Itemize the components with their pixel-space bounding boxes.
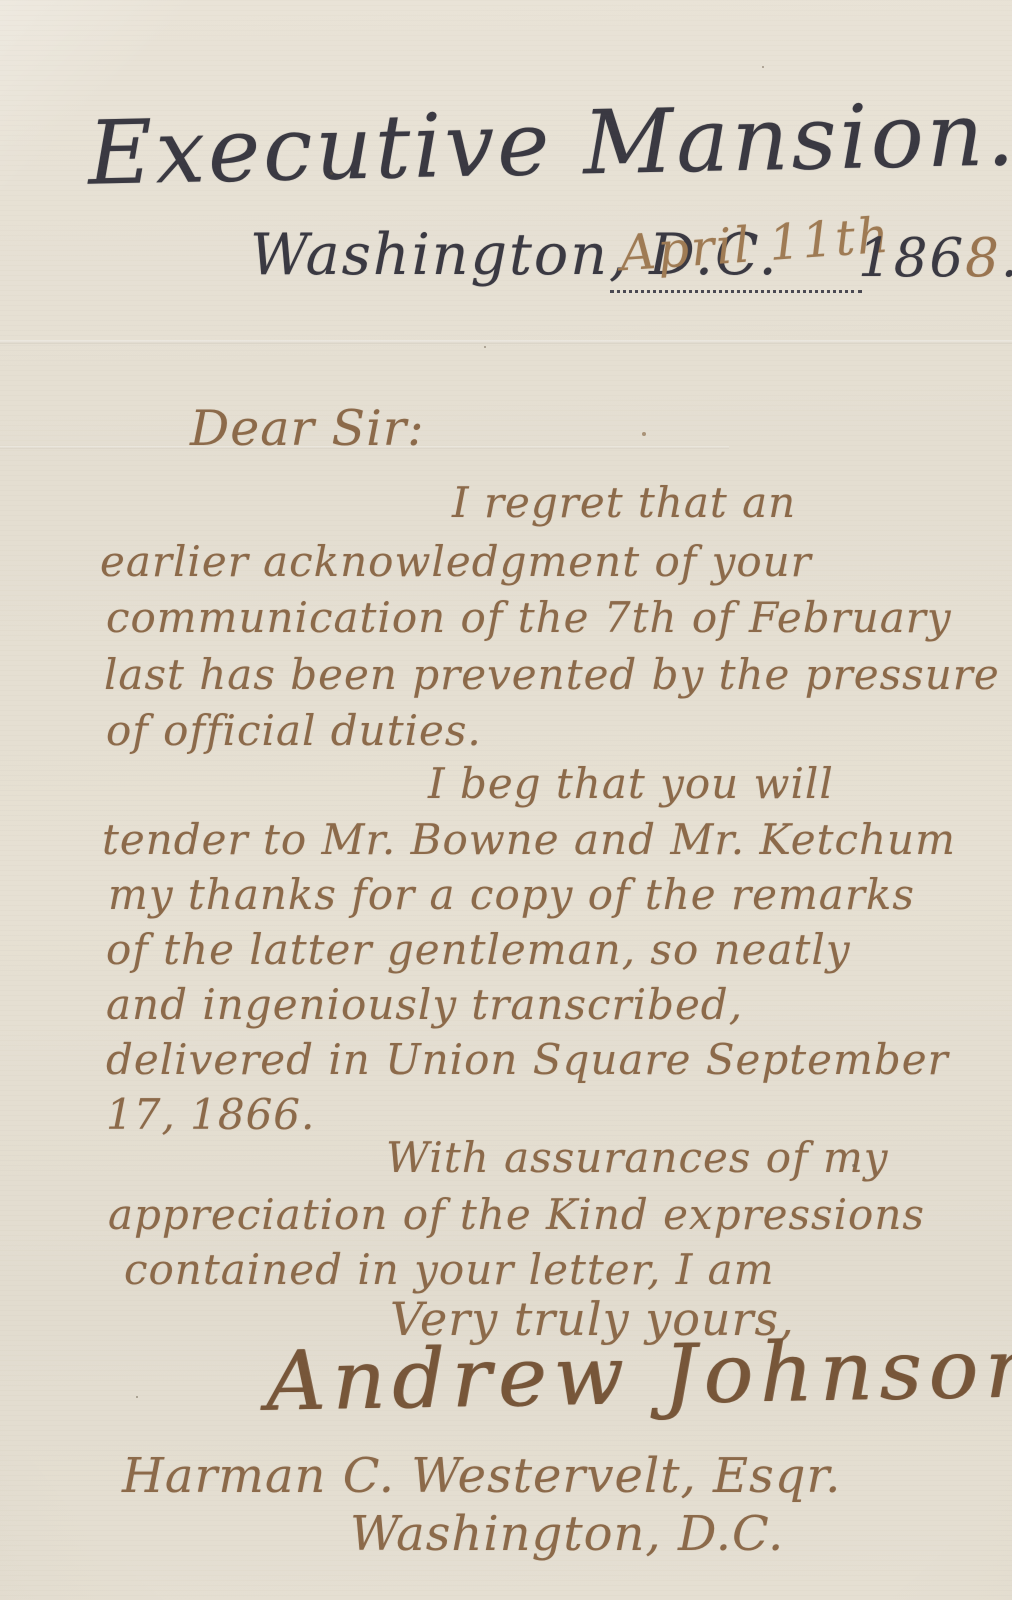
body-line: contained in your letter, I am [124, 1245, 775, 1294]
body-line: communication of the 7th of February [106, 593, 952, 642]
body-line: my thanks for a copy of the remarks [108, 870, 915, 919]
body-line: of the latter gentleman, so neatly [106, 925, 851, 974]
handwritten-year-digit: 8 [965, 228, 1001, 289]
letterhead-year: 1868. [858, 228, 1012, 289]
body-line: earlier acknowledgment of your [100, 537, 812, 586]
letterhead-year-period: . [1001, 228, 1012, 289]
body-line: of official duties. [106, 706, 482, 755]
recipient-city: Washington, D.C. [350, 1506, 784, 1562]
letter-page: Executive Mansion. Washington, D.C. Apri… [0, 0, 1012, 1600]
body-line: I regret that an [452, 478, 796, 527]
paper-speck [762, 66, 764, 68]
body-line: 17, 1866. [106, 1090, 315, 1139]
body-line: I beg that you will [428, 759, 834, 808]
body-line: and ingeniously transcribed, [106, 980, 743, 1029]
body-line: appreciation of the Kind expressions [108, 1190, 925, 1239]
paper-speck [484, 346, 486, 348]
paper-speck [136, 1396, 138, 1398]
body-line: With assurances of my [386, 1133, 889, 1182]
letterhead-year-printed: 186 [858, 228, 965, 289]
body-line: tender to Mr. Bowne and Mr. Ketchum [102, 815, 956, 864]
salutation: Dear Sir: [190, 400, 425, 457]
fold-crease [0, 340, 1012, 344]
ink-blot-speck [642, 432, 646, 436]
signature-andrew-johnson: Andrew Johnson [265, 1321, 1012, 1430]
recipient-name: Harman C. Westervelt, Esqr. [122, 1448, 841, 1504]
letterhead-title: Executive Mansion. [87, 82, 1012, 204]
body-line: last has been prevented by the pressure [104, 650, 1000, 699]
body-line: delivered in Union Square September [106, 1035, 949, 1084]
